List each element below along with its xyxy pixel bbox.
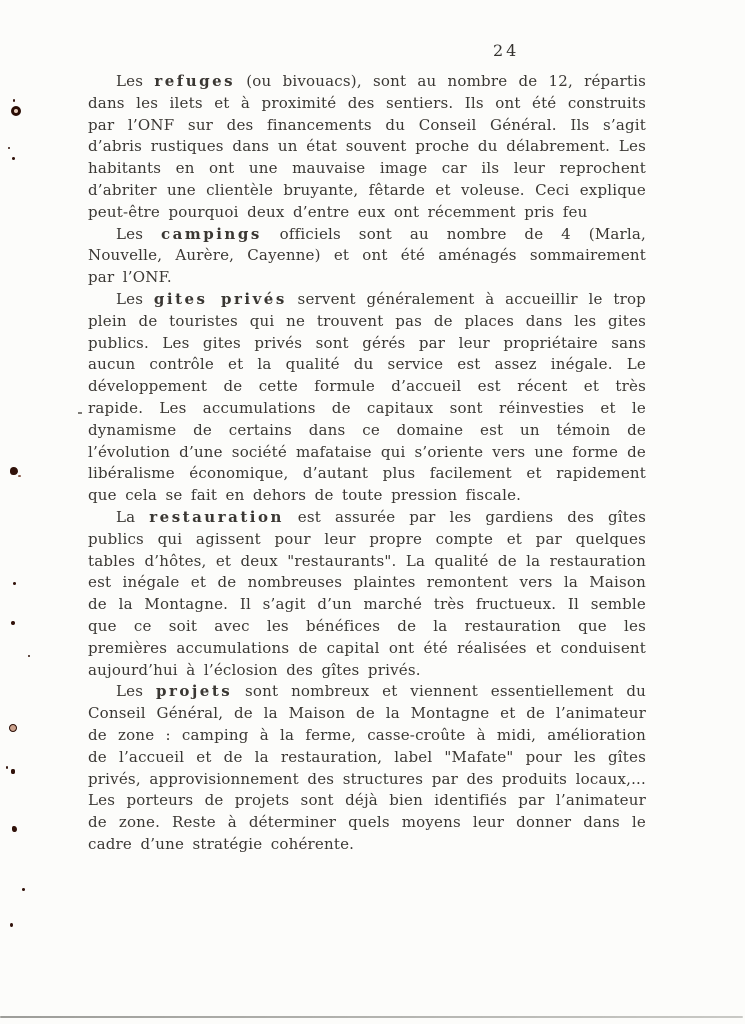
emphasized-text: restauration <box>149 508 284 526</box>
body-text: Les <box>116 682 156 700</box>
ink-speck <box>13 582 16 585</box>
ink-speck <box>28 655 30 657</box>
emphasized-text: projets <box>156 682 232 700</box>
ink-speck <box>11 106 21 116</box>
body-text: servent généralement à accueillir le tro… <box>88 290 646 504</box>
paragraph: Les projets sont nombreux et viennent es… <box>88 681 646 855</box>
body-text: Les <box>116 290 154 308</box>
ink-speck <box>9 724 17 732</box>
ink-speck <box>8 147 10 149</box>
ink-speck <box>12 826 17 832</box>
page-number: 24 <box>493 41 519 60</box>
emphasized-text: refuges <box>154 72 235 90</box>
ink-speck <box>10 467 18 475</box>
body-text: (ou bivouacs), sont au nombre de 12, rép… <box>88 72 646 221</box>
body-text: Les <box>116 225 161 243</box>
paragraph: La restauration est assurée par les gard… <box>88 507 646 681</box>
ink-speck <box>22 888 25 891</box>
text-block: Les refuges (ou bivouacs), sont au nombr… <box>88 71 646 856</box>
ink-speck <box>78 412 82 414</box>
emphasized-text: gites privés <box>154 290 287 308</box>
body-text: sont nombreux et viennent essentiellemen… <box>88 682 646 853</box>
emphasized-text: campings <box>161 225 262 243</box>
ink-speck <box>11 769 15 774</box>
body-text: La <box>116 508 149 526</box>
ink-speck <box>12 157 15 160</box>
ink-speck <box>6 766 8 769</box>
ink-speck <box>11 621 15 625</box>
paragraph: Les gites privés servent généralement à … <box>88 289 646 507</box>
ink-speck <box>10 923 13 927</box>
paragraph: Les refuges (ou bivouacs), sont au nombr… <box>88 71 646 224</box>
page-bottom-scan-line <box>0 1016 743 1018</box>
ink-speck <box>18 475 21 477</box>
paragraph: Les campings officiels sont au nombre de… <box>88 224 646 289</box>
ink-speck <box>13 99 15 102</box>
body-text: Les <box>116 72 154 90</box>
scanned-document-page: 24 Les refuges (ou bivouacs), sont au no… <box>0 0 745 1024</box>
body-text: est assurée par les gardiens des gîtes p… <box>88 508 646 679</box>
